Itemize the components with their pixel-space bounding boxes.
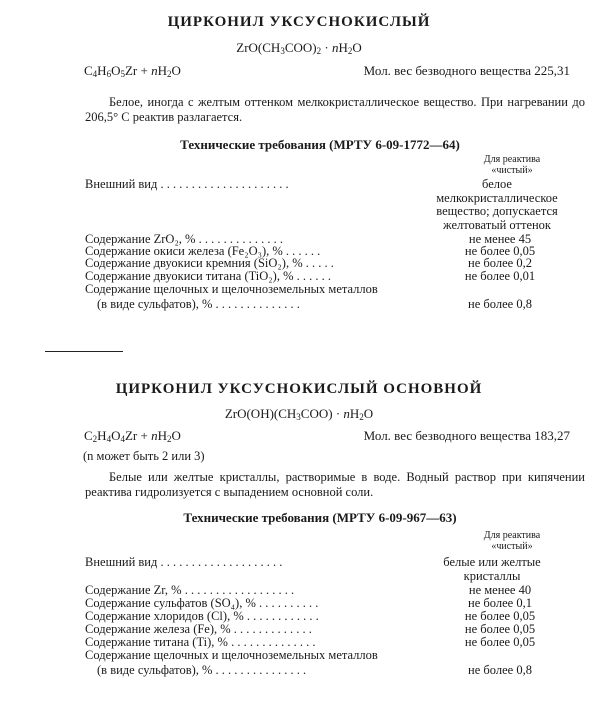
section-divider (45, 351, 123, 352)
entry2-molecular-weight: Мол. вес безводного вещества 183,27 (364, 428, 570, 444)
entry2-column-header: Для реактива «чистый» (452, 530, 572, 552)
entry2-requirements-title: Технические требования (МРТУ 6-09-967—63… (0, 510, 598, 526)
entry2-title: ЦИРКОНИЛ УКСУСНОКИСЛЫЙ ОСНОВНОЙ (0, 381, 598, 398)
entry1-description: Белое, иногда с желтым оттенком мелкокри… (85, 95, 585, 125)
entry1-requirements-title: Технические требования (МРТУ 6-09-1772—6… (0, 137, 598, 153)
entry2-description: Белые или желтые кристаллы, растворимые … (85, 470, 585, 500)
entry2-row-sulfates-basis: (в виде сульфатов), % . . . . . . . . . … (85, 664, 595, 679)
entry1-row-sulfates-basis: (в виде сульфатов), % . . . . . . . . . … (85, 298, 595, 313)
entry1-row-alkali-metals: Содержание щелочных и щелочноземельных м… (85, 283, 595, 298)
entry2-structural-formula: ZrO(OH)(CH3COO) · nH2O (0, 406, 598, 422)
entry1-title: ЦИРКОНИЛ УКСУСНОКИСЛЫЙ (0, 14, 598, 31)
entry2-n-note: (n может быть 2 или 3) (83, 449, 205, 464)
entry2-row-appearance: Внешний вид . . . . . . . . . . . . . . … (85, 556, 595, 571)
entry1-molecular-weight: Мол. вес безводного вещества 225,31 (364, 63, 570, 79)
entry2-gross-formula: C2H4O4Zr + nH2O (84, 428, 181, 444)
entry2-row-alkali-metals: Содержание щелочных и щелочноземельных м… (85, 649, 595, 664)
entry1-structural-formula: ZrO(CH3COO)2 · nH2O (0, 40, 598, 56)
entry1-row-appearance: Внешний вид . . . . . . . . . . . . . . … (85, 178, 595, 193)
entry1-gross-formula: C4H6O5Zr + nH2O (84, 63, 181, 79)
entry1-column-header: Для реактива «чистый» (452, 154, 572, 176)
